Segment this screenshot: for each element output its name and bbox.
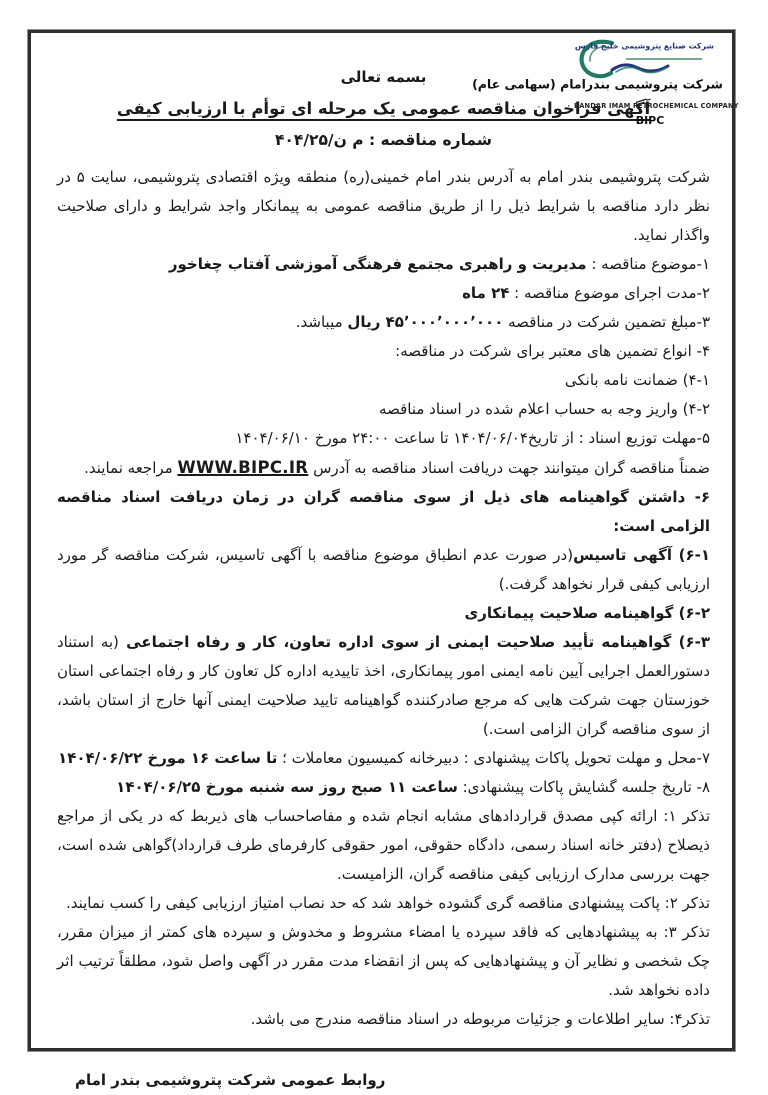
logo-wave-icon <box>610 62 676 74</box>
item-5-document-distribution-deadline: ۵-مهلت توزیع اسناد : از تاریخ۱۴۰۴/۰۶/۰۴ … <box>57 424 710 453</box>
company-logo: شرکت صنایع پتروشیمی خلیج فارس شرکت پتروش… <box>574 36 726 138</box>
item-1-value: مدیریت و راهبری مجتمع فرهنگی آموزشی آفتا… <box>169 255 587 273</box>
bipc-website-link[interactable]: WWW.BIPC.IR <box>177 458 308 477</box>
item-2-duration: ۲-مدت اجرای موضوع مناقصه : ۲۴ ماه <box>57 279 710 308</box>
tender-body: شرکت پتروشیمی بندر امام به آدرس بندر اما… <box>57 163 710 1095</box>
remark-2: تذکر ۲: پاکت پیشنهادی مناقصه گری گشوده خ… <box>57 889 710 918</box>
item-2-value: ۲۴ ماه <box>462 284 509 302</box>
remark-1: تذکر ۱: ارائه کپی مصدق قراردادهای مشابه … <box>57 802 710 889</box>
logo-parent-subtext-line <box>626 58 702 60</box>
item-4-guarantee-types: ۴- انواع تضمین های معتبر برای شرکت در من… <box>57 337 710 366</box>
item-8-opening-session: ۸- تاریخ جلسه گشایش پاکات پیشنهادی: ساعت… <box>57 773 710 802</box>
submission-deadline-value: تا ساعت ۱۶ مورخ ۱۴۰۴/۰۶/۲۲ <box>58 749 277 767</box>
logo-parent-company-name: شرکت صنایع پتروشیمی خلیج فارس <box>626 42 714 51</box>
item-6-2-contractor-certificate: ۶-۲) گواهینامه صلاحیت پیمانکاری <box>57 599 710 628</box>
remark-4: تذکر۴: سایر اطلاعات و جزئیات مربوطه در ا… <box>57 1005 710 1034</box>
item-4-2-deposit: ۴-۲) واریز وجه به حساب اعلام شده در اسنا… <box>57 395 710 424</box>
page-border-frame: شرکت صنایع پتروشیمی خلیج فارس شرکت پتروش… <box>28 30 735 1051</box>
opening-session-value: ساعت ۱۱ صبح روز سه شنبه مورخ ۱۴۰۴/۰۶/۲۵ <box>116 778 458 796</box>
tender-announcement-page: { "logo": { "parent_fa": "شرکت صنایع پتر… <box>0 0 768 1086</box>
website-note: ضمناً مناقصه گران میتوانند جهت دریافت اس… <box>57 453 710 483</box>
logo-company-name-en: BANDAR IMAM PETROCHEMICAL COMPANY <box>574 102 726 110</box>
item-7-submission-deadline: ۷-محل و مهلت تحویل پاکات پیشنهادی : دبیر… <box>57 744 710 773</box>
item-6-certificates-header: ۶- داشتن گواهینامه های ذیل از سوی مناقصه… <box>57 483 710 541</box>
item-6-3-safety-certificate: ۶-۳) گواهینامه تأیید صلاحیت ایمنی از سوی… <box>57 628 710 744</box>
item-3-guarantee-amount: ۳-مبلغ تضمین شرکت در مناقصه ۴۵٬۰۰۰٬۰۰۰٬۰… <box>57 308 710 337</box>
item-4-1-bank-guarantee: ۴-۱) ضمانت نامه بانکی <box>57 366 710 395</box>
remark-3: تذکر ۳: به پیشنهادهایی که فاقد سپرده یا … <box>57 918 710 1005</box>
item-6-1-establishment-notice: ۶-۱) آگهی تاسیس(در صورت عدم انطباق موضوع… <box>57 541 710 599</box>
logo-company-name-fa: شرکت پتروشیمی بندرامام (سهامی عام) <box>577 78 723 92</box>
page-content: شرکت صنایع پتروشیمی خلیج فارس شرکت پتروش… <box>31 33 732 1048</box>
page-title-text: آگهی فراخوان مناقصه عمومی یک مرحله ای تو… <box>117 99 650 118</box>
intro-paragraph: شرکت پتروشیمی بندر امام به آدرس بندر اما… <box>57 163 710 250</box>
item-1-subject: ۱-موضوع مناقصه : مدیریت و راهبری مجتمع ف… <box>57 250 710 279</box>
guarantee-amount-value: ۴۵٬۰۰۰٬۰۰۰٬۰۰۰ ریال <box>347 313 503 331</box>
public-relations-signature: روابط عمومی شرکت پتروشیمی بندر امام <box>57 1066 710 1095</box>
logo-abbreviation: BIPC <box>574 114 726 127</box>
